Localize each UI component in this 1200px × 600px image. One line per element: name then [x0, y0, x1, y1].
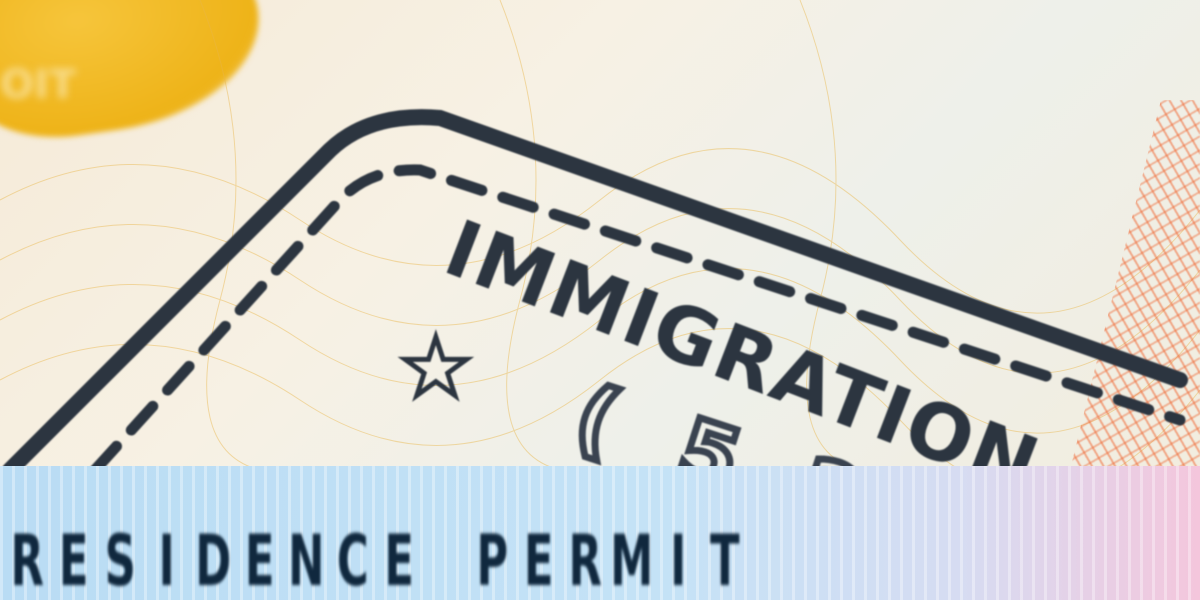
photo: OIT IMMIGRATION ★ ( 5 2 RESIDENCE PERMIT	[0, 0, 1200, 600]
permit-letter: E	[516, 520, 563, 600]
permit-letter	[423, 520, 470, 600]
stamp-star: ★	[400, 321, 472, 414]
permit-letter: T	[702, 520, 749, 600]
permit-letter: R	[562, 520, 609, 600]
permit-letter: D	[190, 520, 237, 600]
permit-letter: I	[144, 520, 191, 600]
residence-permit-text: RESIDENCE PERMIT	[4, 520, 748, 600]
permit-letter: C	[330, 520, 377, 600]
permit-letter: E	[376, 520, 423, 600]
permit-letter: R	[4, 520, 51, 600]
permit-letter: P	[469, 520, 516, 600]
permit-letter: E	[51, 520, 98, 600]
permit-letter: S	[97, 520, 144, 600]
permit-letter: M	[609, 520, 656, 600]
permit-letter: I	[655, 520, 702, 600]
permit-letter: N	[283, 520, 330, 600]
permit-letter: E	[237, 520, 284, 600]
